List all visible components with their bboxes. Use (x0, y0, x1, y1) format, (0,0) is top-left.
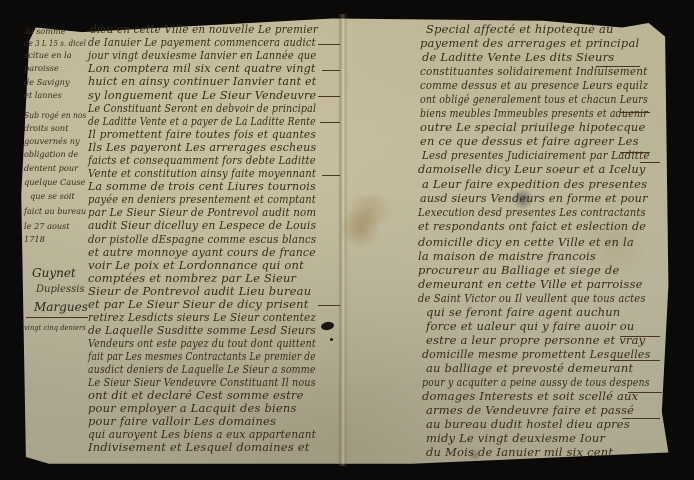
margin-note-line: de Savigny (24, 77, 70, 87)
right-page-body: Special affecté et hipotequé au payement… (418, 22, 668, 462)
text-line: Indivisement et Lesquel domaines et (88, 440, 310, 454)
text-line: procureur au Balliage et siege de (418, 263, 620, 277)
text-line: faicts et consequamment fors debte Ladit… (88, 153, 316, 167)
line-end-rule (620, 112, 650, 113)
line-end-rule (610, 360, 660, 361)
margin-note-line: faict au bureau (24, 206, 86, 216)
line-end-rule (620, 336, 660, 337)
text-line: comme dessus et au presence Leurs equilz (420, 78, 648, 92)
text-line: comptées et nombrez par Le Sieur (88, 271, 296, 285)
text-line: a Leur faire expedition des presentes (422, 177, 647, 191)
margin-note-line: obligation de (24, 149, 78, 159)
text-line: dieu en cette Ville en nouvelle Le premi… (90, 22, 318, 36)
line-end-rule (322, 175, 340, 176)
text-line: ont obligé generalement tous et chacun L… (420, 92, 648, 106)
text-line: armes de Vendeuvre faire et passé (426, 403, 634, 417)
margin-note-line: la somme (26, 26, 66, 36)
text-line: ausd sieurs Vendeurs en forme et pour (420, 191, 648, 205)
text-line: Lon comptera mil six cent quatre vingt (88, 61, 316, 75)
signature-underline (26, 317, 88, 318)
text-line: au balliage et prevosté demeurant (426, 361, 633, 375)
signature-guynet: Guynet (32, 266, 76, 280)
text-line: damoiselle dicy Leur soeur et a Iceluy (418, 162, 646, 176)
line-end-rule (318, 96, 340, 97)
text-line: domages Interests et soit scellé aux (422, 389, 638, 403)
text-line: et respondants ont faict et eslection de (418, 219, 646, 233)
scanned-manuscript: la somme de 3 L 15 s. dicel scitue en la… (0, 0, 694, 480)
text-line: domicille dicy en cette Ville et en la (418, 235, 634, 249)
text-line: de Saint Victor ou Il veullent que tous … (418, 291, 646, 305)
text-line: Vente et constitution ainsy faite moyenn… (88, 166, 316, 180)
text-line: la maison de maistre francois (418, 249, 596, 263)
text-line: par Le Sieur Sieur de Pontrevol audit no… (88, 205, 316, 219)
margin-note-line: dentent pour (24, 163, 78, 173)
margin-note-line: scitue en la (24, 50, 72, 60)
text-line: pour employer a Lacquit des biens (88, 401, 297, 415)
margin-note-line: le 27 aoust (24, 221, 70, 231)
line-end-rule (620, 152, 650, 153)
text-line: force et ualeur qui y faire auoir ou (426, 319, 635, 333)
text-line: payée en deniers presentement et comptan… (88, 192, 316, 206)
line-end-rule (640, 162, 660, 163)
left-page-body: dieu en cette Ville en nouvelle Le premi… (88, 22, 338, 462)
text-line: Special affecté et hipotequé au (426, 22, 614, 36)
text-line: Le Sieur Sieur Vendeuvre Constituant Il … (88, 375, 316, 389)
line-end-rule (318, 44, 340, 45)
signature-margues: Margues (34, 300, 88, 314)
text-line: Le Constituant Seront en debvoir de prin… (88, 101, 316, 115)
text-line: Lexecution desd presentes Les contractan… (418, 205, 646, 219)
text-line: au bureau dudit hostel dieu apres (426, 417, 630, 431)
margin-note-line: droits sont (24, 123, 69, 133)
text-line: sy longuement que Le Sieur Vendeuvre (88, 88, 316, 102)
margin-footer-note: vingt cinq deniers (24, 323, 86, 332)
text-line: midy Le vingt deuxiesme Iour (426, 431, 605, 445)
text-line: outre Le special priuilege hipotecque (420, 120, 646, 134)
text-line: pour faire valloir Les domaines (88, 414, 276, 428)
signature-duplessis: Duplessis (36, 284, 85, 295)
text-line: pour y acquiter a peine aussy de tous de… (422, 375, 650, 389)
text-line: huict en ainsy continuer Ianvier tant et (88, 74, 316, 88)
text-line: biens meubles Immeubles presents et adue… (420, 106, 648, 120)
water-stain (340, 195, 400, 225)
text-line: demeurant en cette Ville et parroisse (418, 277, 643, 291)
text-line: et autre monnoye ayant cours de france (88, 245, 316, 259)
text-line: Sieur de Pontrevol audit Lieu bureau (88, 284, 311, 298)
text-line: Lesd presentes Judiciairement par Laditt… (422, 148, 650, 162)
line-end-rule (622, 418, 660, 419)
text-line: Il promettent faire toutes fois et quant… (88, 127, 316, 141)
margin-note-line: de 3 L 15 s. dicel (24, 38, 86, 48)
margin-note-line: gouvernés ny (24, 136, 80, 146)
text-line: dor pistolle dEspagne comme escus blancs (88, 232, 316, 246)
text-line: payement des arrerages et principal (420, 36, 639, 50)
line-end-rule (320, 122, 340, 123)
text-line: et par Le Sieur Sieur de dicy prisent (88, 297, 309, 311)
text-line: audit Sieur dicelluy en Lespece de Louis (88, 218, 316, 232)
margin-note-line: quelque Cause (24, 177, 85, 187)
margin-note-line: 1718 (24, 234, 45, 244)
text-line: jour vingt deuxiesme Ianvier en Lannée q… (88, 48, 316, 62)
margin-note-line: que se soit (30, 191, 75, 201)
margin-note-line: et lannes (24, 90, 62, 100)
text-line: ausdict deniers de Laquelle Le Sieur a s… (88, 362, 316, 376)
text-line: de Laditte Vente Les dits Sieurs (422, 50, 614, 64)
text-line: ont dit et declaré Cest somme estre (88, 388, 304, 402)
text-line: estre a leur propre personne et vray (426, 333, 645, 347)
margin-note-line: Sub rogé en nos (24, 110, 86, 120)
text-line: qui se feront faire agent auchun (426, 305, 620, 319)
text-line: de Laquelle Susditte somme Lesd Sieurs (88, 323, 316, 337)
text-line: fait par Les mesmes Contractants Le prem… (88, 349, 316, 363)
text-line: La somme de trois cent Liures tournois (88, 179, 316, 193)
text-line: Vendeurs ont este payez du tout dont qui… (88, 336, 316, 350)
margin-notes: la somme de 3 L 15 s. dicel scitue en la… (24, 26, 90, 466)
text-line: de Ianuier Le payement commencera audict (88, 35, 316, 49)
line-end-rule (322, 70, 340, 71)
line-end-rule (318, 305, 340, 306)
line-end-rule (628, 392, 662, 393)
text-line: Ils Les payeront Les arrerages escheus (88, 140, 316, 154)
text-line: voir Le poix et Lordonnance qui ont (88, 258, 304, 272)
text-line: retirez Lesdicts sieurs Le Sieur content… (88, 310, 316, 324)
text-line: domicille mesme promettent Lesquelles (422, 347, 650, 361)
text-line: qui auroyent Les biens a eux appartenant (88, 427, 316, 441)
line-end-rule (596, 66, 640, 67)
text-line: en ce que dessus et faire agreer Les (420, 134, 639, 148)
text-line: du Mois de Ianuier mil six cent (426, 445, 613, 459)
text-line: de Laditte Vente et a payer de La Laditt… (88, 114, 316, 128)
margin-note-line: paroisse (24, 63, 59, 73)
